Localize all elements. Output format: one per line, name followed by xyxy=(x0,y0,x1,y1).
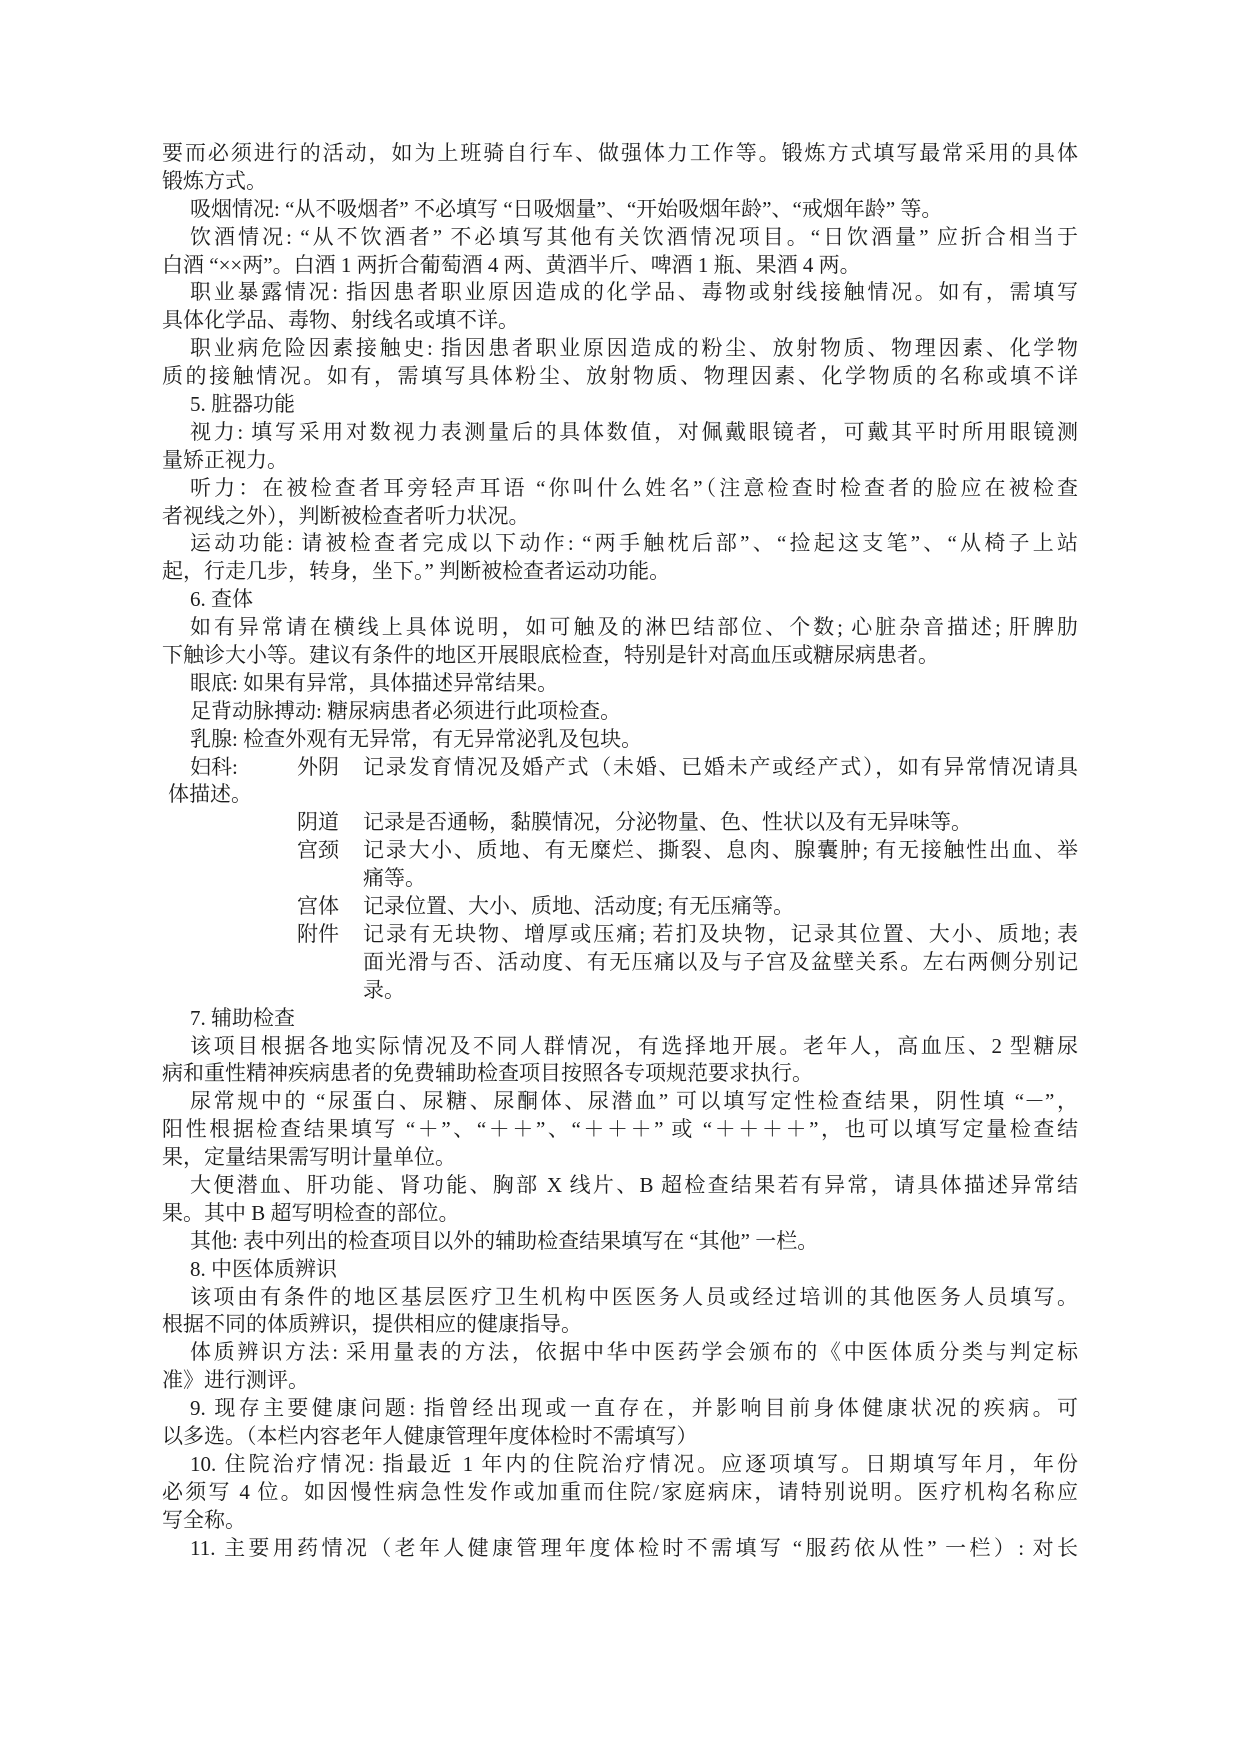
text-line: 以多选。（本栏内容老年人健康管理年度体检时不需填写） xyxy=(162,1423,1078,1451)
text-line: 要而必须进行的活动，如为上班骑自行车、做强体力工作等。锻炼方式填写最常采用的具体 xyxy=(162,140,1078,168)
scanned-document-page: 要而必须进行的活动，如为上班骑自行车、做强体力工作等。锻炼方式填写最常采用的具体… xyxy=(0,0,1241,1754)
text-line: 果。其中 B 超写明检查的部位。 xyxy=(162,1200,1078,1228)
sub-item-label: 附件 xyxy=(297,921,339,949)
document-body: 要而必须进行的活动，如为上班骑自行车、做强体力工作等。锻炼方式填写最常采用的具体… xyxy=(162,140,1078,1562)
text-line: 白酒 “××两”。白酒 1 两折合葡萄酒 4 两、黄酒半斤、啤酒 1 瓶、果酒 … xyxy=(162,252,1078,280)
text-line: 饮酒情况: “从不饮酒者” 不必填写其他有关饮酒情况项目。“日饮酒量” 应折合相… xyxy=(190,224,1078,252)
text-line: 根据不同的体质辨识，提供相应的健康指导。 xyxy=(162,1311,1078,1339)
text-line: 体质辨识方法: 采用量表的方法，依据中华中医药学会颁布的《中医体质分类与判定标 xyxy=(190,1339,1078,1367)
text-line: 附件 记录有无块物、增厚或压痛; 若扪及块物，记录其位置、大小、质地; 表 xyxy=(297,921,1078,949)
text-line: 该项目根据各地实际情况及不同人群情况，有选择地开展。老年人，高血压、2 型糖尿 xyxy=(190,1033,1078,1061)
text-line: 质的接触情况。如有，需填写具体粉尘、放射物质、物理因素、化学物质的名称或填不详 xyxy=(162,363,1078,391)
text-line: 面光滑与否、活动度、有无压痛以及与子宫及盆壁关系。左右两侧分别记 xyxy=(363,949,1078,977)
text-line: 眼底: 如果有异常，具体描述异常结果。 xyxy=(190,670,1078,698)
text-line: 者视线之外），判断被检查者听力状况。 xyxy=(162,503,1078,531)
text-line: 准》进行测评。 xyxy=(162,1367,1078,1395)
sub-item-label: 阴道 xyxy=(297,809,339,837)
text-line: 宫体 记录位置、大小、质地、活动度; 有无压痛等。 xyxy=(297,893,1078,921)
text-line: 起，行走几步，转身，坐下。” 判断被检查者运动功能。 xyxy=(162,558,1078,586)
text-line: 听力：在被检查者耳旁轻声耳语 “你叫什么姓名”（注意检查时检查者的脸应在被检查 xyxy=(190,475,1078,503)
text-line: 阳性根据检查结果填写 “＋”、“＋＋”、“＋＋＋” 或 “＋＋＋＋”，也可以填写… xyxy=(162,1116,1078,1144)
text-line: 妇科: 外阴 记录发育情况及婚产式（未婚、已婚未产或经产式），如有异常情况请具 xyxy=(190,754,1078,782)
text-line: 痛等。 xyxy=(363,865,1078,893)
text-line: 该项由有条件的地区基层医疗卫生机构中医医务人员或经过培训的其他医务人员填写。 xyxy=(190,1284,1078,1312)
sub-item-text: 记录大小、质地、有无糜烂、撕裂、息肉、腺囊肿; 有无接触性出血、举 xyxy=(363,837,1078,865)
text-line: 11. 主要用药情况（老年人健康管理年度体检时不需填写 “服药依从性” 一栏）:… xyxy=(190,1535,1078,1563)
text-line: 体描述。 xyxy=(168,781,1078,809)
sub-item-label: 外阴 xyxy=(297,754,339,782)
text-line: 病和重性精神疾病患者的免费辅助检查项目按照各专项规范要求执行。 xyxy=(162,1060,1078,1088)
gyn-label: 妇科: xyxy=(190,754,238,782)
text-line: 录。 xyxy=(363,977,1078,1005)
text-line: 必须写 4 位。如因慢性病急性发作或加重而住院/家庭病床，请特别说明。医疗机构名… xyxy=(162,1479,1078,1507)
text-line: 尿常规中的 “尿蛋白、尿糖、尿酮体、尿潜血” 可以填写定性检查结果，阴性填 “－… xyxy=(190,1088,1078,1116)
text-line: 宫颈 记录大小、质地、有无糜烂、撕裂、息肉、腺囊肿; 有无接触性出血、举 xyxy=(297,837,1078,865)
sub-item-label: 宫体 xyxy=(297,893,339,921)
text-line: 大便潜血、肝功能、肾功能、胸部 X 线片、B 超检查结果若有异常，请具体描述异常… xyxy=(190,1172,1078,1200)
text-line: 具体化学品、毒物、射线名或填不详。 xyxy=(162,307,1078,335)
section-heading: 8. 中医体质辨识 xyxy=(190,1256,1078,1284)
text-line: 量矫正视力。 xyxy=(162,447,1078,475)
text-line: 如有异常请在横线上具体说明，如可触及的淋巴结部位、个数; 心脏杂音描述; 肝脾肋 xyxy=(190,614,1078,642)
text-line: 阴道 记录是否通畅，黏膜情况，分泌物量、色、性状以及有无异味等。 xyxy=(297,809,1078,837)
section-heading: 7. 辅助检查 xyxy=(190,1005,1078,1033)
sub-item-text: 记录发育情况及婚产式（未婚、已婚未产或经产式），如有异常情况请具 xyxy=(363,754,1078,782)
text-line: 9. 现存主要健康问题: 指曾经出现或一直存在，并影响目前身体健康状况的疾病。可 xyxy=(190,1395,1078,1423)
text-line: 职业病危险因素接触史: 指因患者职业原因造成的粉尘、放射物质、物理因素、化学物 xyxy=(190,335,1078,363)
text-line: 锻炼方式。 xyxy=(162,168,1078,196)
text-line: 视力: 填写采用对数视力表测量后的具体数值，对佩戴眼镜者，可戴其平时所用眼镜测 xyxy=(190,419,1078,447)
section-heading: 6. 查体 xyxy=(190,586,1078,614)
sub-item-text: 记录位置、大小、质地、活动度; 有无压痛等。 xyxy=(363,893,1078,921)
text-line: 其他: 表中列出的检查项目以外的辅助检查结果填写在 “其他” 一栏。 xyxy=(190,1228,1078,1256)
sub-item-text: 记录是否通畅，黏膜情况，分泌物量、色、性状以及有无异味等。 xyxy=(363,809,1078,837)
sub-item-label: 宫颈 xyxy=(297,837,339,865)
text-line: 吸烟情况: “从不吸烟者” 不必填写 “日吸烟量”、“开始吸烟年龄”、“戒烟年龄… xyxy=(190,196,1078,224)
text-line: 果，定量结果需写明计量单位。 xyxy=(162,1144,1078,1172)
text-line: 10. 住院治疗情况: 指最近 1 年内的住院治疗情况。应逐项填写。日期填写年月… xyxy=(190,1451,1078,1479)
text-line: 下触诊大小等。建议有条件的地区开展眼底检查，特别是针对高血压或糖尿病患者。 xyxy=(162,642,1078,670)
text-line: 运动功能: 请被检查者完成以下动作: “两手触枕后部”、“捡起这支笔”、“从椅子… xyxy=(190,530,1078,558)
text-line: 职业暴露情况: 指因患者职业原因造成的化学品、毒物或射线接触情况。如有，需填写 xyxy=(190,279,1078,307)
text-line: 乳腺: 检查外观有无异常，有无异常泌乳及包块。 xyxy=(190,726,1078,754)
section-heading: 5. 脏器功能 xyxy=(190,391,1078,419)
text-line: 写全称。 xyxy=(162,1507,1078,1535)
text-line: 足背动脉搏动: 糖尿病患者必须进行此项检查。 xyxy=(190,698,1078,726)
sub-item-text: 记录有无块物、增厚或压痛; 若扪及块物，记录其位置、大小、质地; 表 xyxy=(363,921,1078,949)
